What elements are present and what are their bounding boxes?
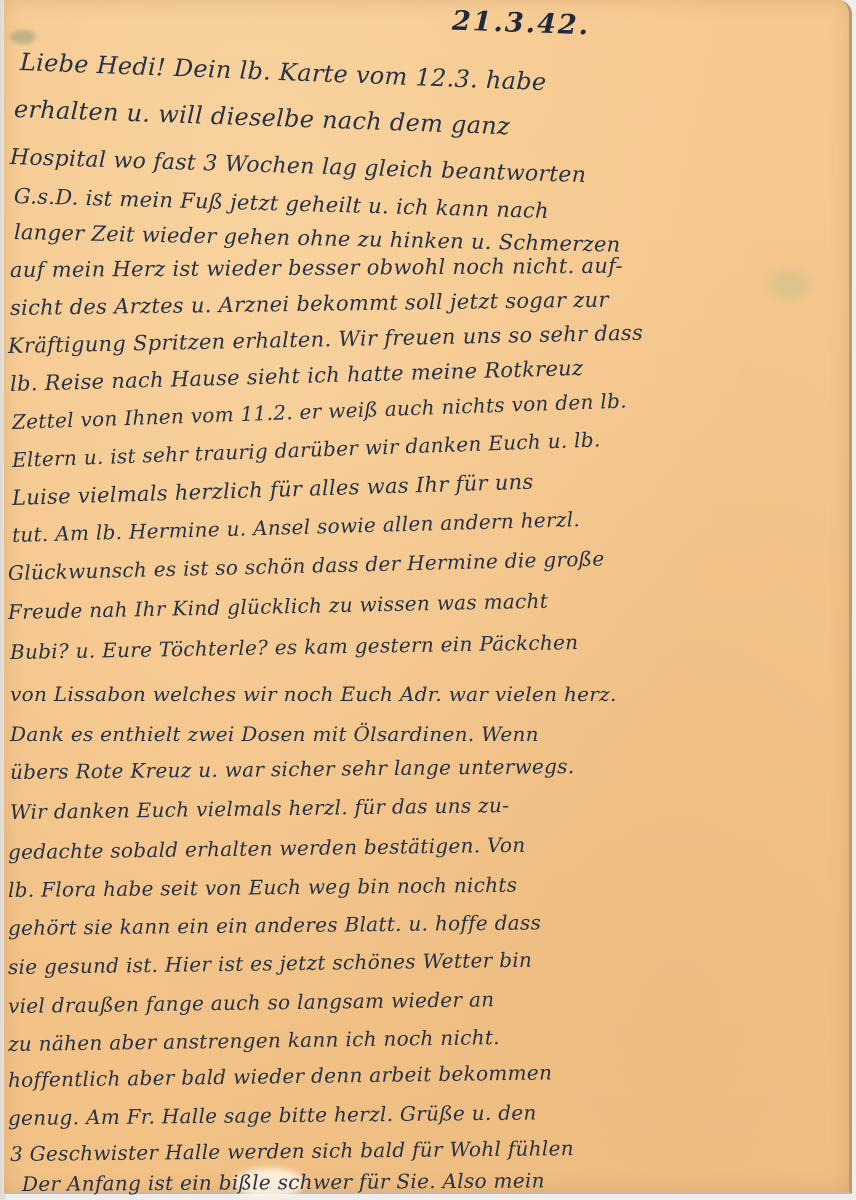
letter-line: erhalten u. will dieselbe nach dem ganz	[14, 95, 511, 140]
letter-line: lb. Reise nach Hause sieht ich hatte mei…	[10, 356, 584, 396]
postcard-scan: 21.3.42. Liebe Hedi! Dein lb. Karte vom …	[0, 0, 856, 1200]
letter-line: Wir danken Euch vielmals herzl. für das …	[10, 793, 510, 824]
letter-line: sie gesund ist. Hier ist es jetzt schöne…	[8, 948, 532, 979]
letter-line: lb. Flora habe seit von Euch weg bin noc…	[8, 873, 517, 902]
letter-line: Der Anfang ist ein bißle schwer für Sie.…	[22, 1168, 545, 1196]
letter-line: Dank es enthielt zwei Dosen mit Ölsardin…	[10, 722, 539, 746]
letter-line: G.s.D. ist mein Fuß jetzt geheilt u. ich…	[14, 184, 550, 223]
letter-line: viel draußen fange auch so langsam wiede…	[8, 987, 495, 1018]
letter-line: hoffentlich aber bald wieder denn arbeit…	[8, 1060, 552, 1092]
letter-line: genug. Am Fr. Halle sage bitte herzl. Gr…	[8, 1100, 537, 1130]
letter-line: 3 Geschwister Halle werden sich bald für…	[10, 1136, 574, 1166]
letter-line: Eltern u. ist sehr traurig darüber wir d…	[12, 427, 601, 472]
letter-line: übers Rote Kreuz u. war sicher sehr lang…	[10, 754, 575, 784]
letter-line: auf mein Herz ist wieder besser obwohl n…	[10, 254, 623, 282]
letter-line: zu nähen aber anstrengen kann ich noch n…	[8, 1025, 500, 1056]
letter-line: Kräftigung Spritzen erhalten. Wir freuen…	[8, 321, 644, 358]
letter-line: Zettel von Ihnen vom 11.2. er weiß auch …	[12, 389, 628, 434]
letter-line: von Lissabon welches wir noch Euch Adr. …	[10, 682, 617, 706]
letter-line: gedachte sobald erhalten werden bestätig…	[8, 833, 526, 864]
letter-line: Freude nah Ihr Kind glücklich zu wissen …	[8, 589, 549, 624]
letter-body: Liebe Hedi! Dein lb. Karte vom 12.3. hab…	[0, 0, 856, 1200]
letter-line: gehört sie kann ein ein anderes Blatt. u…	[8, 910, 541, 940]
letter-line: Liebe Hedi! Dein lb. Karte vom 12.3. hab…	[19, 48, 547, 96]
letter-line: langer Zeit wieder gehen ohne zu hinken …	[14, 220, 621, 257]
letter-line: sicht des Arztes u. Arznei bekommt soll …	[10, 288, 609, 320]
letter-line: Glückwunsch es ist so schön dass der Her…	[8, 546, 605, 585]
letter-line: tut. Am lb. Hermine u. Ansel sowie allen…	[12, 507, 581, 547]
letter-line: Bubi? u. Eure Töchterle? es kam gestern …	[10, 630, 579, 664]
letter-line: Hospital wo fast 3 Wochen lag gleich bea…	[10, 145, 587, 188]
letter-line: Luise vielmals herzlich für alles was Ih…	[12, 470, 534, 510]
